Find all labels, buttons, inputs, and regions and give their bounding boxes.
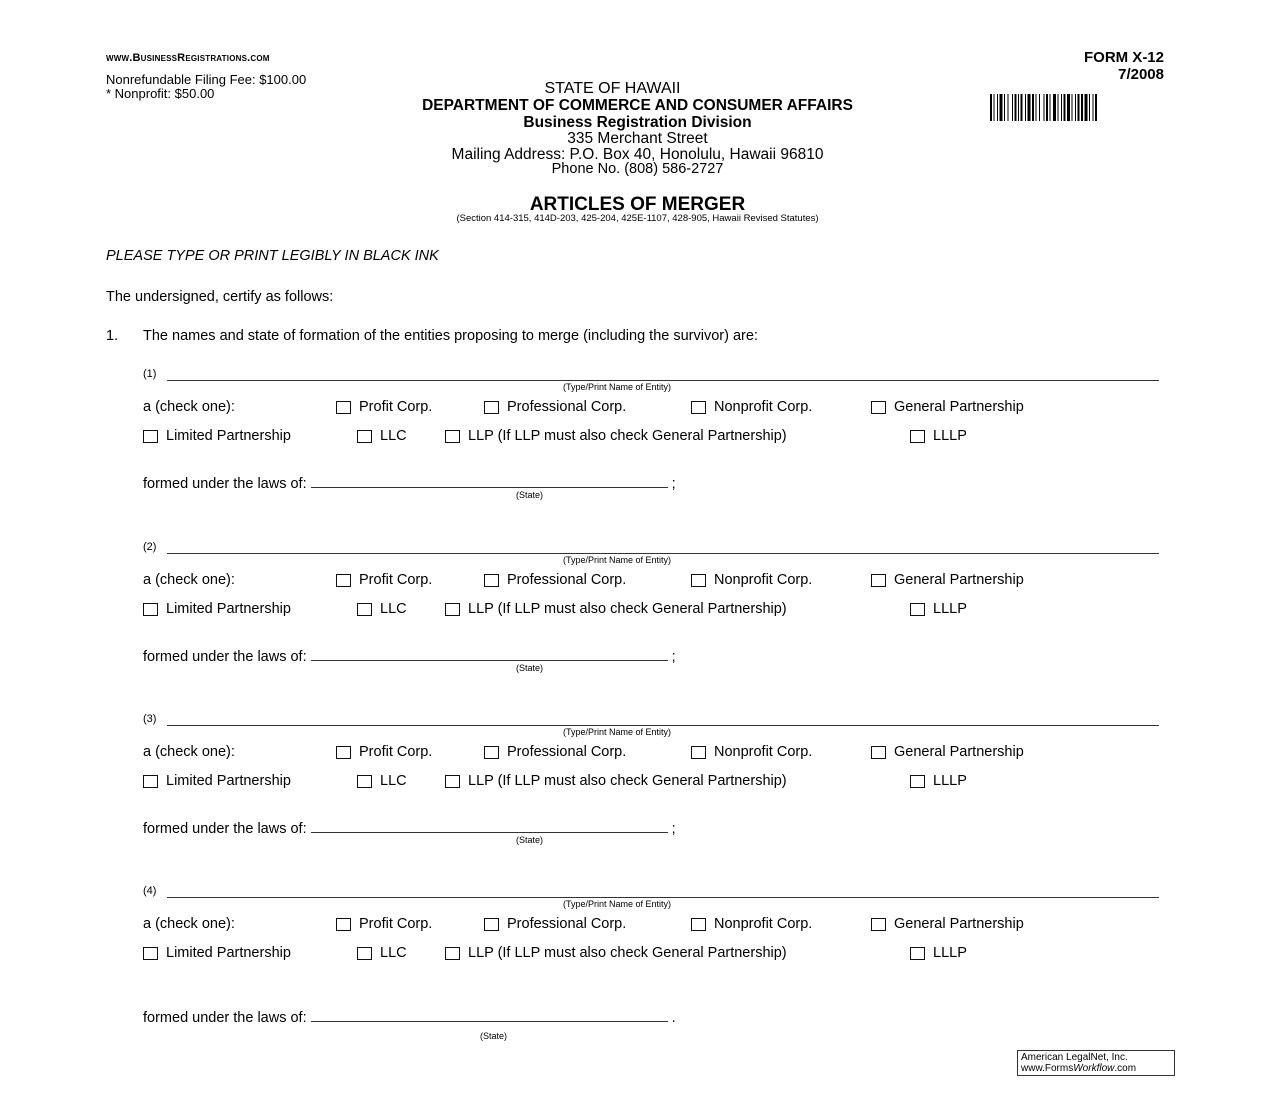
entity-type-row-1: a (check one):Profit Corp.Professional C… [143, 916, 1143, 934]
entity-type-option[interactable]: LLC [357, 773, 407, 789]
checkbox[interactable] [336, 746, 351, 759]
entity-number: (3) [143, 713, 156, 725]
checkbox[interactable] [691, 746, 706, 759]
entity-type-option[interactable]: Limited Partnership [143, 773, 291, 789]
entity-number: (4) [143, 885, 156, 897]
entity-type-option[interactable]: Limited Partnership [143, 601, 291, 617]
certify-statement: The undersigned, certify as follows: [106, 289, 333, 305]
state-caption: (State) [516, 663, 543, 673]
state-field[interactable] [311, 474, 668, 488]
checkbox[interactable] [445, 430, 460, 443]
entity-type-option[interactable]: Limited Partnership [143, 428, 291, 444]
formed-under-label: formed under the laws of: [143, 821, 307, 837]
entity-type-option[interactable]: LLLP [910, 428, 967, 444]
entity-name-caption: (Type/Print Name of Entity) [563, 382, 671, 392]
checkbox[interactable] [691, 574, 706, 587]
state-caption: (State) [516, 490, 543, 500]
checkbox[interactable] [484, 401, 499, 414]
entity-name-caption: (Type/Print Name of Entity) [563, 555, 671, 565]
checkbox[interactable] [143, 775, 158, 788]
check-one-label: a (check one): [143, 399, 235, 415]
checkbox[interactable] [910, 603, 925, 616]
state-field[interactable] [311, 1008, 668, 1022]
entity-type-row-2: Limited PartnershipLLCLLP (If LLP must a… [143, 601, 1143, 619]
checkbox[interactable] [871, 574, 886, 587]
entity-name-field[interactable] [167, 380, 1159, 381]
entity-type-option[interactable]: General Partnership [871, 399, 1024, 415]
entity-type-option[interactable]: Professional Corp. [484, 399, 626, 415]
checkbox[interactable] [336, 401, 351, 414]
checkbox[interactable] [357, 603, 372, 616]
entity-type-option[interactable]: LLP (If LLP must also check General Part… [445, 773, 787, 789]
state-caption: (State) [516, 835, 543, 845]
entity-type-option[interactable]: Nonprofit Corp. [691, 916, 812, 932]
checkbox[interactable] [691, 401, 706, 414]
checkbox[interactable] [357, 775, 372, 788]
formed-under-label: formed under the laws of: [143, 649, 307, 665]
entity-type-option[interactable]: LLLP [910, 773, 967, 789]
formed-under-row: formed under the laws of:. [143, 1008, 676, 1026]
checkbox[interactable] [484, 918, 499, 931]
entity-name-row: (4) [143, 881, 1159, 901]
checkbox[interactable] [910, 947, 925, 960]
checkbox[interactable] [445, 603, 460, 616]
entity-type-option[interactable]: LLC [357, 428, 407, 444]
entity-type-option[interactable]: Professional Corp. [484, 916, 626, 932]
entity-type-option[interactable]: Profit Corp. [336, 916, 432, 932]
entity-name-caption: (Type/Print Name of Entity) [563, 727, 671, 737]
publisher-stamp: American LegalNet, Inc. www.FormsWorkflo… [1017, 1050, 1175, 1076]
checkbox[interactable] [484, 746, 499, 759]
state-field[interactable] [311, 819, 668, 833]
entity-name-row: (1) [143, 364, 1159, 384]
entity-type-option[interactable]: Professional Corp. [484, 572, 626, 588]
form-number-block: FORM X-12 7/2008 [1084, 49, 1164, 83]
checkbox[interactable] [871, 401, 886, 414]
entity-type-row-2: Limited PartnershipLLCLLP (If LLP must a… [143, 945, 1143, 963]
agency-department: DEPARTMENT OF COMMERCE AND CONSUMER AFFA… [0, 97, 1275, 115]
entity-type-row-1: a (check one):Profit Corp.Professional C… [143, 572, 1143, 590]
entity-type-row-1: a (check one):Profit Corp.Professional C… [143, 744, 1143, 762]
entity-type-option[interactable]: Profit Corp. [336, 744, 432, 760]
entity-type-option[interactable]: General Partnership [871, 744, 1024, 760]
entity-type-option[interactable]: Professional Corp. [484, 744, 626, 760]
entity-name-field[interactable] [167, 725, 1159, 726]
checkbox[interactable] [143, 603, 158, 616]
checkbox[interactable] [336, 574, 351, 587]
checkbox[interactable] [336, 918, 351, 931]
form-number: FORM X-12 [1084, 49, 1164, 66]
entity-type-option[interactable]: LLP (If LLP must also check General Part… [445, 601, 787, 617]
entity-type-option[interactable]: LLLP [910, 601, 967, 617]
publisher-name: American LegalNet, Inc. [1021, 1052, 1171, 1063]
entity-number: (1) [143, 368, 156, 380]
entity-name-row: (2) [143, 537, 1159, 557]
entity-type-option[interactable]: Profit Corp. [336, 572, 432, 588]
checkbox[interactable] [691, 918, 706, 931]
entity-type-option[interactable]: Profit Corp. [336, 399, 432, 415]
agency-state: STATE OF HAWAII [0, 80, 1250, 98]
state-caption: (State) [480, 1031, 507, 1041]
publisher-website: www.FormsWorkflow.com [1021, 1063, 1171, 1074]
entity-type-option[interactable]: General Partnership [871, 572, 1024, 588]
formed-under-label: formed under the laws of: [143, 476, 307, 492]
checkbox[interactable] [484, 574, 499, 587]
entity-type-option[interactable]: Limited Partnership [143, 945, 291, 961]
entity-type-row-2: Limited PartnershipLLCLLP (If LLP must a… [143, 428, 1143, 446]
entity-number: (2) [143, 541, 156, 553]
item-1-text: The names and state of formation of the … [143, 328, 758, 344]
entity-type-option[interactable]: Nonprofit Corp. [691, 399, 812, 415]
entity-type-option[interactable]: LLP (If LLP must also check General Part… [445, 945, 787, 961]
ink-instruction: PLEASE TYPE OR PRINT LEGIBLY IN BLACK IN… [106, 248, 439, 264]
check-one-label: a (check one): [143, 744, 235, 760]
website-header: www.BusinessRegistrations.com [106, 52, 270, 64]
entity-type-row-2: Limited PartnershipLLCLLP (If LLP must a… [143, 773, 1143, 791]
entity-name-caption: (Type/Print Name of Entity) [563, 899, 671, 909]
entity-type-option[interactable]: Nonprofit Corp. [691, 744, 812, 760]
entity-name-field[interactable] [167, 897, 1159, 898]
item-1-number: 1. [106, 328, 118, 344]
checkbox[interactable] [910, 430, 925, 443]
checkbox[interactable] [445, 947, 460, 960]
entity-type-option[interactable]: LLP (If LLP must also check General Part… [445, 428, 787, 444]
item-1: 1. The names and state of formation of t… [106, 328, 118, 344]
entity-type-option[interactable]: LLC [357, 601, 407, 617]
checkbox[interactable] [143, 430, 158, 443]
entity-type-option[interactable]: Nonprofit Corp. [691, 572, 812, 588]
check-one-label: a (check one): [143, 916, 235, 932]
formed-under-label: formed under the laws of: [143, 1010, 307, 1026]
entity-type-option[interactable]: General Partnership [871, 916, 1024, 932]
statute-citation: (Section 414-315, 414D-203, 425-204, 425… [0, 213, 1275, 224]
entity-type-row-1: a (check one):Profit Corp.Professional C… [143, 399, 1143, 417]
agency-phone: Phone No. (808) 586-2727 [0, 161, 1275, 177]
checkbox[interactable] [871, 746, 886, 759]
check-one-label: a (check one): [143, 572, 235, 588]
entity-name-row: (3) [143, 709, 1159, 729]
checkbox[interactable] [910, 775, 925, 788]
entity-type-option[interactable]: LLLP [910, 945, 967, 961]
checkbox[interactable] [143, 947, 158, 960]
checkbox[interactable] [445, 775, 460, 788]
entity-type-option[interactable]: LLC [357, 945, 407, 961]
formed-under-row: formed under the laws of:; [143, 819, 676, 837]
entity-name-field[interactable] [167, 553, 1159, 554]
formed-under-row: formed under the laws of:; [143, 647, 676, 665]
checkbox[interactable] [357, 947, 372, 960]
formed-under-row: formed under the laws of:; [143, 474, 676, 492]
checkbox[interactable] [871, 918, 886, 931]
checkbox[interactable] [357, 430, 372, 443]
state-field[interactable] [311, 647, 668, 661]
